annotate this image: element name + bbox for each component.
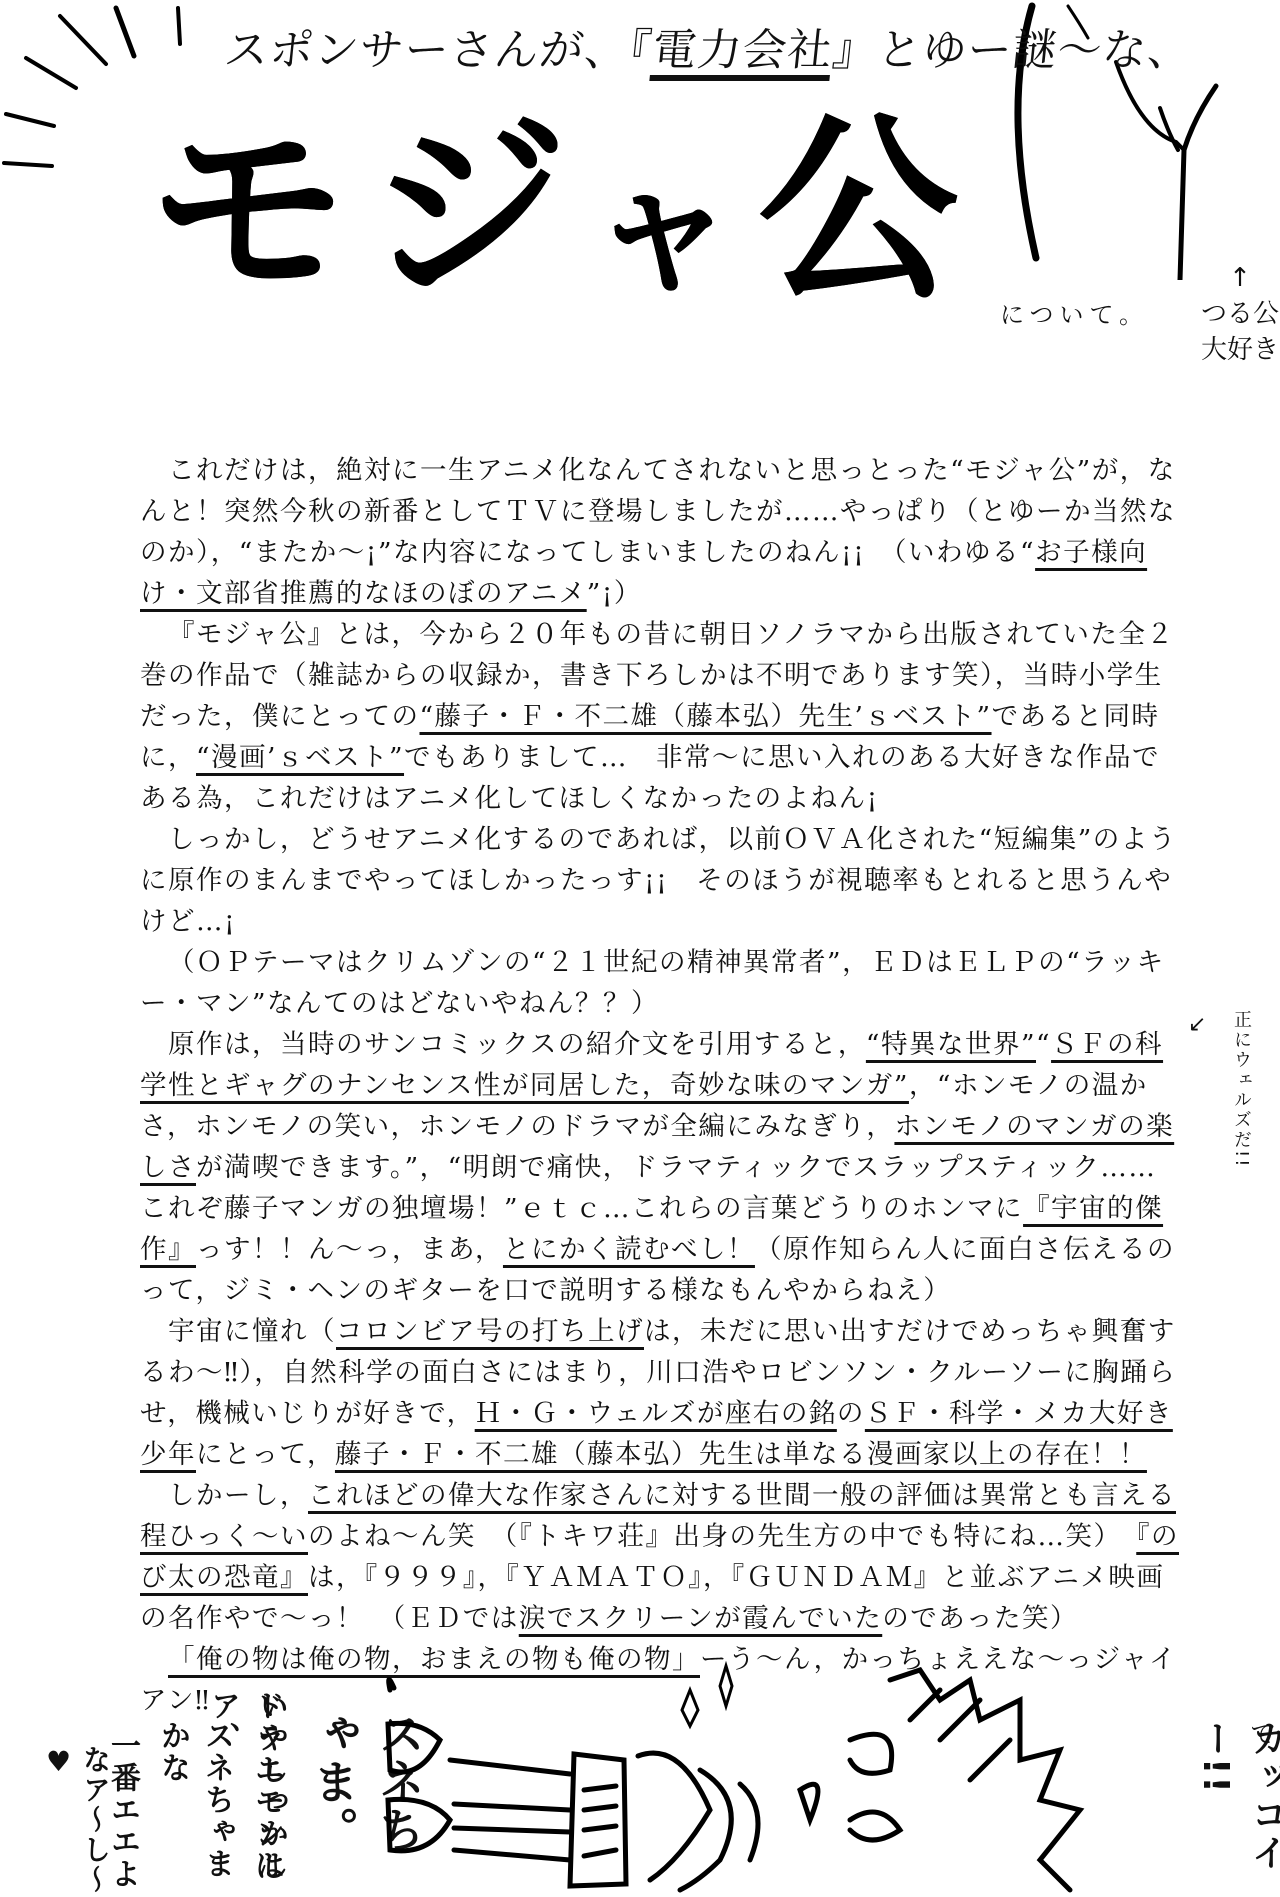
title-char: ジ <box>368 112 588 312</box>
sponsor-name-underlined: 電力会社 <box>650 25 835 76</box>
text-run: “ <box>1036 1029 1051 1060</box>
title-char: ャ <box>588 154 758 304</box>
text-run: のであった笑） <box>882 1603 1078 1634</box>
text-run: 原作は，当時のサンコミックスの紹介文を引用すると， <box>168 1029 866 1060</box>
side-note: ↑ つる公 大好き <box>1200 260 1280 368</box>
text-run: にとって， <box>196 1439 335 1470</box>
article-paragraph: これだけは，絶対に一生アニメ化なんてされないと思っとった“モジャ公”が，なんと！… <box>140 450 1180 614</box>
underlined-phrase: 藤子・Ｆ・不二雄（藤本弘）先生は単なる漫画家以上の存在！！ <box>335 1439 1147 1470</box>
text-run: っす！！ん〜っ，まあ， <box>196 1234 503 1265</box>
handwritten-column: なア〜し〜♥ <box>42 1745 115 1897</box>
title-char: 公 <box>758 112 978 312</box>
underlined-phrase: “漫画’ｓベスト” <box>196 742 404 773</box>
handwritten-column: スネちゃまかな <box>150 1720 238 1897</box>
text-run: （ＯＰテーマはクリムゾンの“２１世紀の精神異常者”，ＥＤはＥＬＰの“ラッキー・マ… <box>140 947 1165 1019</box>
sponsor-note-prefix: スポンサーさんが、『 <box>222 25 655 76</box>
title-char: モ <box>148 112 368 312</box>
text-run: しかーし， <box>168 1480 308 1511</box>
text-run: が満喫できます。”，“明朗で痛快，ドラマティックでスラップスティック……これぞ藤… <box>140 1152 1156 1224</box>
underlined-phrase: “藤子・Ｆ・不二雄（藤本弘）先生’ｓベスト” <box>419 701 991 732</box>
sponsor-note-suffix: 』とゆー謎〜な、 <box>830 25 1195 76</box>
underlined-phrase: 涙でスクリーンが霞んでいた <box>519 1603 882 1634</box>
character-illustration <box>380 1660 1160 1897</box>
underlined-phrase: Ｈ・Ｇ・ウェルズが座右の銘 <box>475 1398 837 1429</box>
arrow-up-icon: ↑ <box>1200 260 1280 296</box>
underlined-phrase: コロンビア号の打ち上げ <box>336 1316 644 1347</box>
underlined-phrase: とにかく読むべし！ <box>503 1234 755 1265</box>
underlined-phrase: “特異な世界” <box>866 1029 1036 1060</box>
article-paragraph: 『モジャ公』とは，今から２０年もの昔に朝日ソノラマから出版されていた全２巻の作品… <box>140 614 1180 819</box>
text-run: 宇宙に憧れ（ <box>168 1316 336 1347</box>
article-paragraph: 宇宙に憧れ（コロンビア号の打ち上げは，未だに思い出すだけでめっちゃ興奮するわ〜‼… <box>140 1311 1180 1475</box>
article-paragraph: しかーし，これほどの偉大な作家さんに対する世間一般の評価は異常とも言える程ひっく… <box>140 1475 1180 1639</box>
page-title: モジャ公 <box>148 112 978 312</box>
text-run: しっかし，どうせアニメ化するのであれば，以前ＯＶＡ化された“短編集”のように原作… <box>140 824 1177 937</box>
text-run: これだけは，絶対に一生アニメ化なんてされないと思っとった“モジャ公”が，なんと！… <box>140 455 1176 568</box>
margin-note: 正にウェルズだ!! <box>1228 1010 1254 1168</box>
side-note-line: つる公 <box>1200 296 1280 332</box>
article-paragraph: 原作は，当時のサンコミックスの紹介文を引用すると，“特異な世界”“ＳＦの科学性と… <box>140 1024 1180 1311</box>
handwritten-column: ーっ、おしてて <box>1242 1720 1280 1897</box>
text-run: ”¡） <box>587 578 642 609</box>
arrow-icon: ↙ <box>1188 1012 1206 1037</box>
article-body: これだけは，絶対に一生アニメ化なんてされないと思っとった“モジャ公”が，なんと！… <box>140 450 1180 1721</box>
article-paragraph: （ＯＰテーマはクリムゾンの“２１世紀の精神異常者”，ＥＤはＥＬＰの“ラッキー・マ… <box>140 942 1180 1024</box>
article-paragraph: しっかし，どうせアニメ化するのであれば，以前ＯＶＡ化された“短編集”のように原作… <box>140 819 1180 942</box>
text-run: のよね〜ん笑 （『トキワ荘』出身の先生方の中でも特にね…笑） <box>308 1521 1136 1552</box>
title-subtitle: について。 <box>1000 295 1149 330</box>
sponsor-note: スポンサーさんが、『電力会社』とゆー謎〜な、 <box>222 14 1197 78</box>
text-run: の <box>837 1398 865 1429</box>
side-note-line: 大好き <box>1200 332 1280 368</box>
